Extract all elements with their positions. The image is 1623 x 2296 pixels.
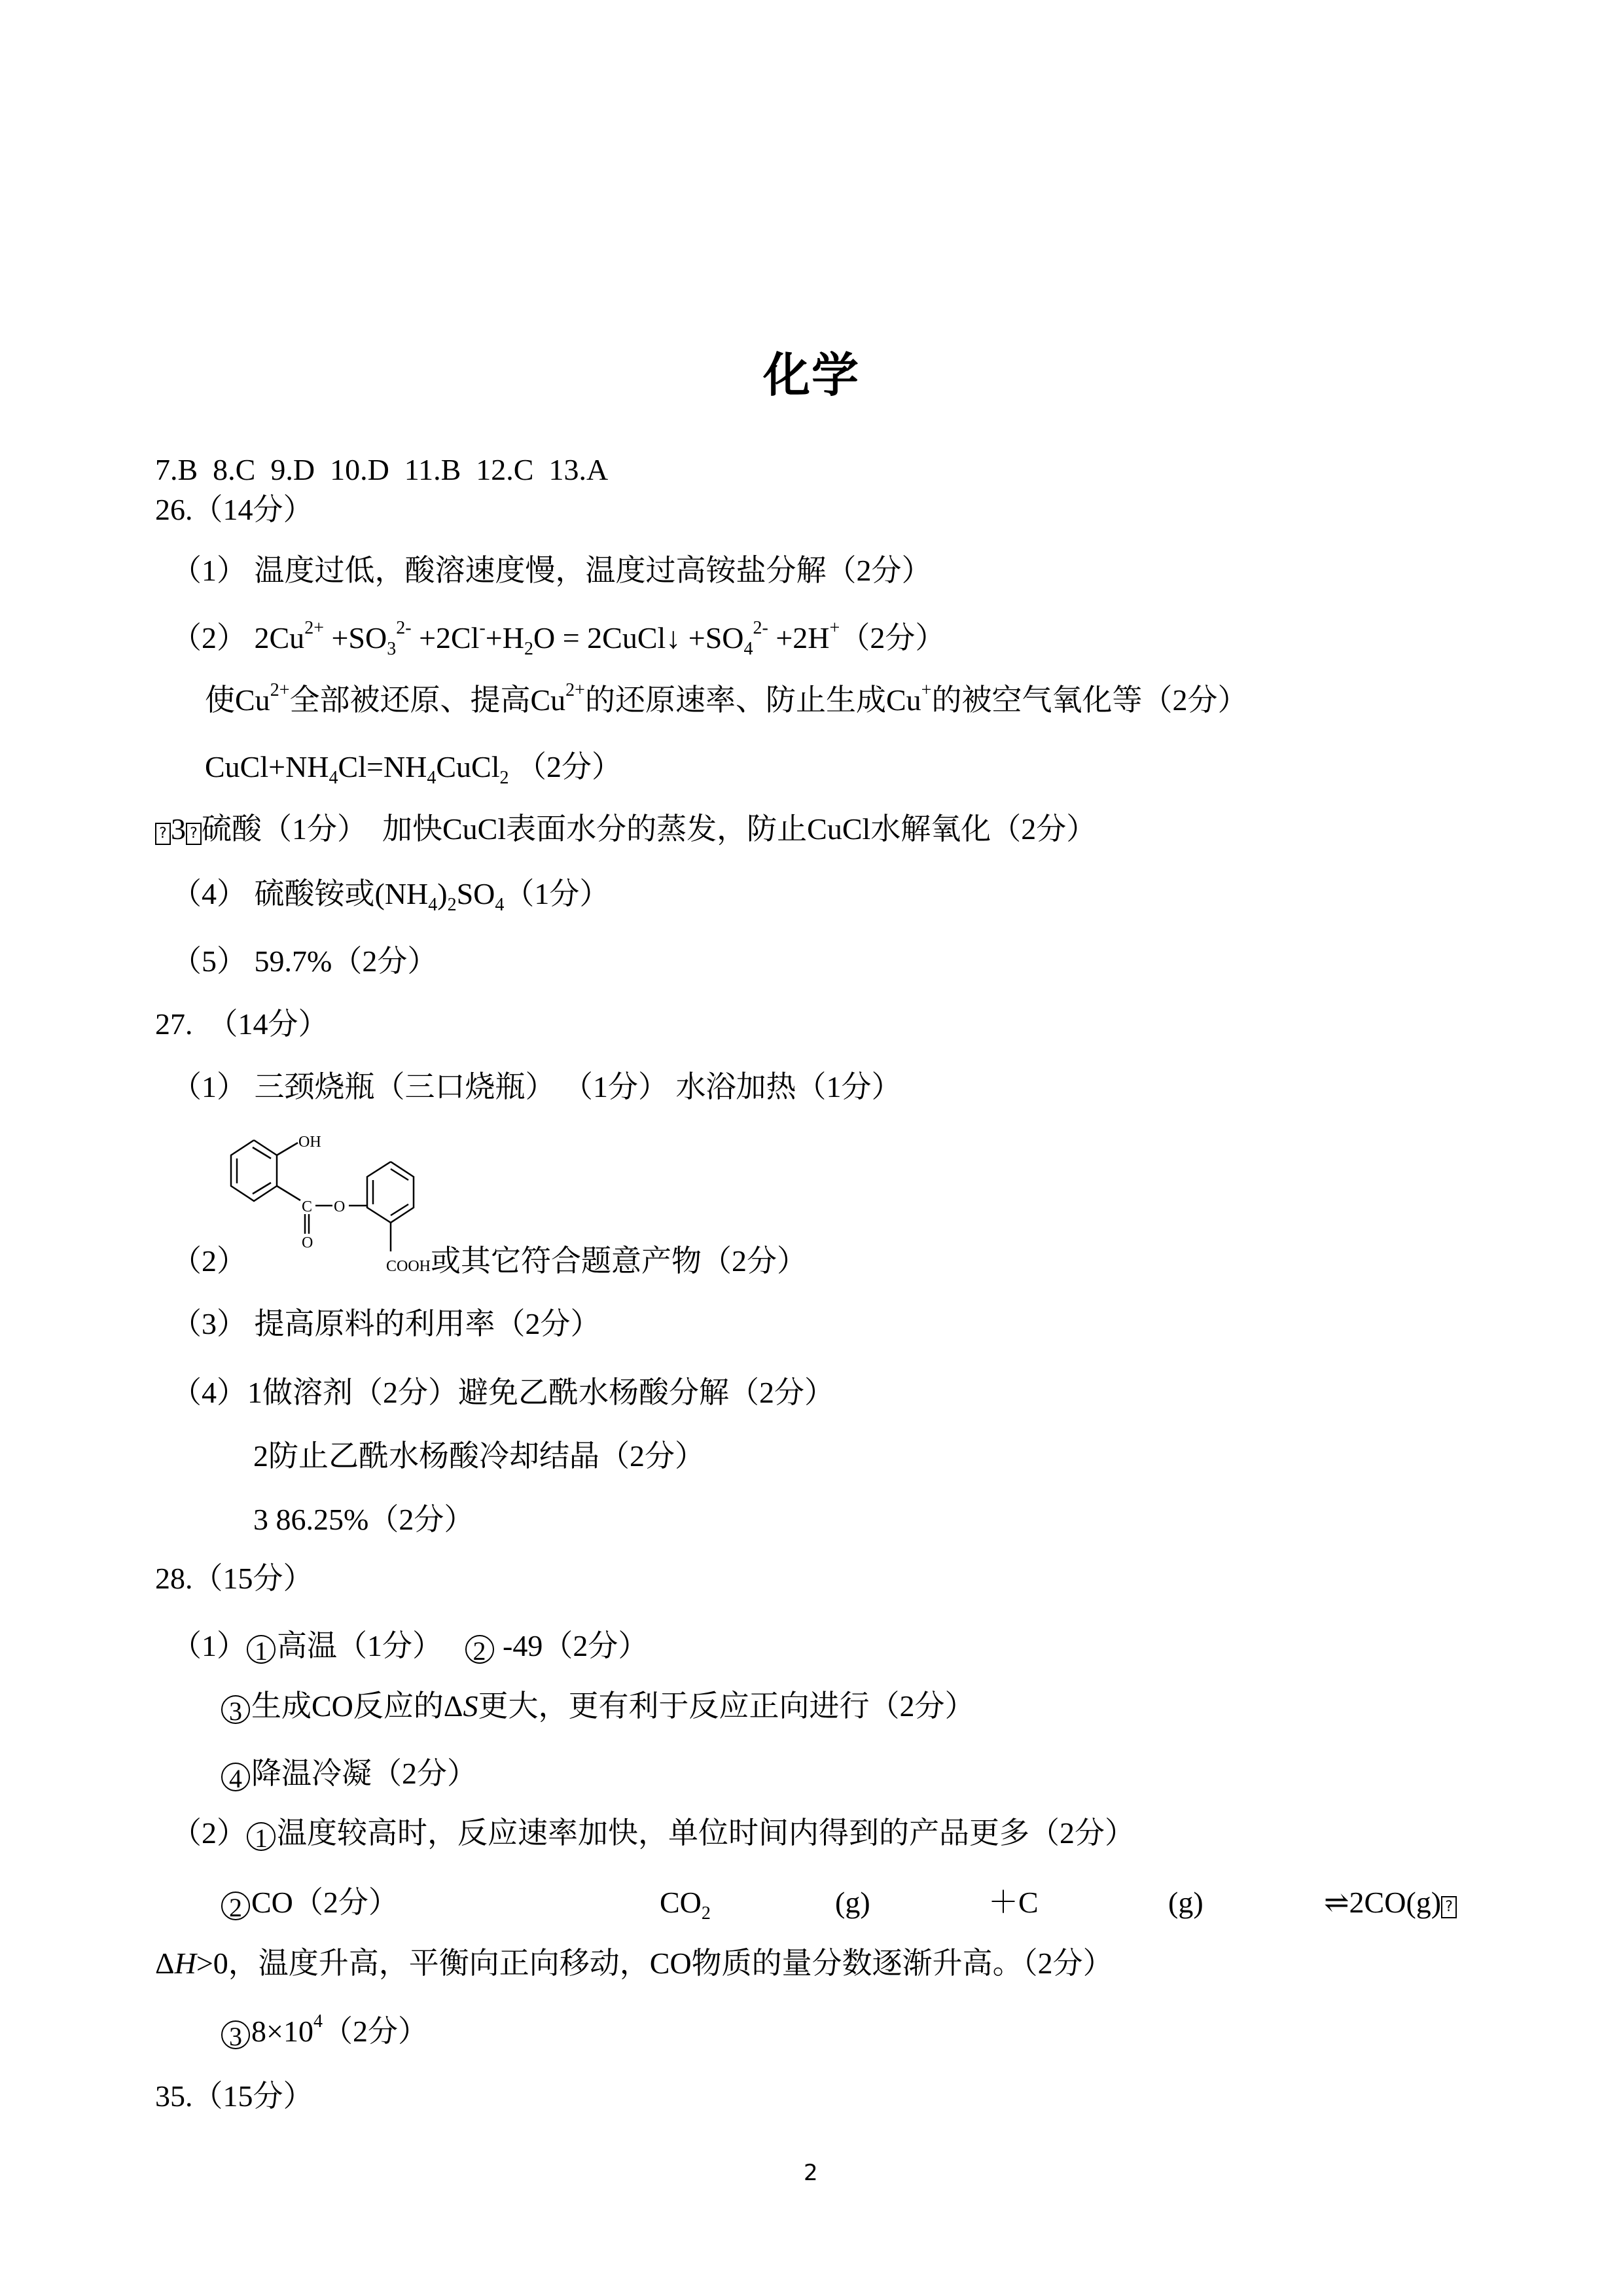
- part-label: （1）: [171, 1629, 247, 1662]
- mc-answers: 7.B 8.C 9.D 10.D 11.B 12.C 13.A: [155, 455, 608, 485]
- text: +H: [486, 621, 524, 655]
- equation-gas-state-1: (g): [835, 1888, 870, 1918]
- text: 温度较高时，反应速率加快，单位时间内得到的产品更多（2分）: [277, 1816, 1135, 1850]
- text: CO（2分）: [251, 1886, 399, 1919]
- q26-part1: （1） 温度过低，酸溶速度慢，温度过高铵盐分解（2分）: [171, 556, 932, 586]
- q28-part2-line1: （2）1温度较高时，反应速率加快，单位时间内得到的产品更多（2分）: [171, 1818, 1135, 1851]
- circled-number-2: 2: [465, 1635, 494, 1664]
- q26-part2-reason: 使Cu2+全部被还原、提高Cu2+的还原速率、防止生成Cu+的被空气氧化等（2分…: [205, 685, 1247, 715]
- subscript: 2: [448, 895, 457, 915]
- text: >0，温度升高，平衡向正向移动，CO物质的量分数逐渐升高。（2分）: [196, 1946, 1113, 1980]
- q27-part1: （1） 三颈烧瓶（三口烧瓶） （1分） 水浴加热（1分）: [171, 1072, 902, 1102]
- text: （2分）: [323, 2015, 428, 2048]
- q28-part2-line2: 2CO（2分）: [221, 1888, 399, 1920]
- ester-oxygen-label: O: [334, 1198, 345, 1215]
- cooh-label: COOH: [386, 1258, 431, 1275]
- q27-part4-line3: 3 86.25%（2分）: [253, 1505, 474, 1535]
- text: Cl=NH: [338, 750, 427, 783]
- delta-symbol: Δ: [155, 1946, 175, 1980]
- charge: 2-: [753, 618, 768, 638]
- q27-part2-label: （2）: [171, 1246, 247, 1276]
- text: 全部被还原、提高Cu: [289, 683, 565, 717]
- equation-co2: CO2: [660, 1888, 711, 1918]
- subscript: 4: [428, 895, 437, 915]
- q26-part2-equation2: CuCl+NH4Cl=NH4CuCl2 （2分）: [205, 752, 622, 782]
- equation-gas-state-2: (g): [1168, 1888, 1204, 1918]
- text: +2H: [768, 621, 830, 655]
- text: CuCl+NH: [205, 750, 329, 783]
- q27-part4-line2: 2防止乙酰水杨酸冷却结晶（2分）: [253, 1441, 705, 1471]
- q27-part4-line1: 1做溶剂（2分）避免乙酰水杨酸分解（2分）: [247, 1378, 834, 1408]
- page-title: 化学: [0, 346, 1623, 404]
- subscript: 2: [500, 768, 509, 788]
- text: ): [437, 877, 447, 910]
- text: ⇌2CO(g): [1324, 1886, 1441, 1919]
- charge: 2-: [396, 618, 411, 638]
- text: 高温（1分）: [277, 1629, 465, 1662]
- q27-part2-answer: COOH或其它符合题意产物（2分）: [386, 1246, 807, 1276]
- q26-part4: （4） 硫酸铵或(NH4)2SO4（1分）: [171, 879, 609, 909]
- score: （2分）: [840, 621, 945, 655]
- q27-header: 27. （14分）: [155, 1009, 329, 1039]
- part-label: （2）: [171, 1816, 247, 1850]
- q28-header: 28.（15分）: [155, 1564, 313, 1594]
- missing-glyph-icon: ?: [186, 823, 202, 845]
- circled-number-1: 1: [247, 1822, 276, 1851]
- carbonyl-oxygen-label: O: [302, 1234, 313, 1251]
- charge: 2+: [565, 680, 585, 700]
- q28-part2-line3: ΔH>0，温度升高，平衡向正向移动，CO物质的量分数逐渐升高。（2分）: [155, 1948, 1113, 1979]
- missing-glyph-icon: ?: [155, 823, 171, 845]
- q26-part5: （5） 59.7%（2分）: [171, 946, 437, 977]
- text: （4） 硫酸铵或(NH: [171, 877, 428, 910]
- q28-part1-line1: （1）1高温（1分） 2 -49（2分）: [171, 1631, 648, 1664]
- carbon-label: C: [302, 1198, 312, 1215]
- charge: +: [921, 680, 932, 700]
- text: 硫酸（1分） 加快CuCl表面水分的蒸发，防止CuCl水解氧化（2分）: [202, 812, 1096, 846]
- subscript: 4: [329, 768, 338, 788]
- text: 生成CO反应的Δ: [251, 1689, 463, 1723]
- entropy-symbol: S: [463, 1689, 478, 1723]
- subscript: 4: [495, 895, 504, 915]
- text: 降温冷凝（2分）: [251, 1757, 477, 1790]
- page-number: 2: [804, 2160, 818, 2186]
- q28-part1-line3: 4降温冷凝（2分）: [221, 1759, 477, 1791]
- text: 的还原速率、防止生成Cu: [585, 683, 921, 717]
- equation-plus-carbon: ＋C: [988, 1888, 1039, 1918]
- q35-header: 35.（15分）: [155, 2081, 313, 2111]
- charge: +: [830, 618, 840, 638]
- q27-part3: （3） 提高原料的利用率（2分）: [171, 1309, 601, 1339]
- q26-part2-equation: （2） 2Cu2+ +SO32- +2Cl-+H2O = 2CuCl↓ +SO4…: [171, 623, 945, 653]
- missing-glyph-icon: ?: [1441, 1896, 1457, 1918]
- text: CuCl: [436, 750, 499, 783]
- text: （2分）: [509, 750, 622, 783]
- text: 8×10: [251, 2015, 313, 2048]
- text: -49（2分）: [495, 1629, 649, 1662]
- text: 或其它符合题意产物（2分）: [431, 1244, 807, 1278]
- exponent: 4: [313, 2011, 323, 2032]
- q28-part2-line4: 38×104（2分）: [221, 2017, 428, 2049]
- part-number: 3: [171, 812, 186, 846]
- text: （2） 2Cu: [171, 621, 304, 655]
- circled-number-1: 1: [247, 1635, 276, 1664]
- text: （1分）: [504, 877, 609, 910]
- subscript: 3: [387, 639, 396, 659]
- text: CO: [660, 1886, 702, 1919]
- q26-header: 26.（14分）: [155, 495, 313, 525]
- subscript: 2: [524, 639, 533, 659]
- text: 更大，更有利于反应正向进行（2分）: [478, 1689, 974, 1723]
- text: +2Cl: [412, 621, 480, 655]
- charge: -: [479, 618, 485, 638]
- q27-part4-label: （4）: [171, 1378, 247, 1408]
- charge: 2+: [304, 618, 324, 638]
- subscript: 4: [427, 768, 436, 788]
- charge: 2+: [270, 680, 290, 700]
- circled-number-4: 4: [221, 1763, 250, 1791]
- document-page: 化学 7.B 8.C 9.D 10.D 11.B 12.C 13.A 26.（1…: [0, 0, 1623, 2296]
- subscript: 2: [702, 1903, 711, 1924]
- circled-number-2: 2: [221, 1892, 250, 1920]
- subscript: 4: [744, 639, 753, 659]
- text: +SO: [324, 621, 387, 655]
- q28-part1-line2: 3生成CO反应的ΔS更大，更有利于反应正向进行（2分）: [221, 1691, 974, 1724]
- circled-number-3: 3: [221, 2020, 250, 2049]
- equation-product: ⇌2CO(g)?: [1324, 1888, 1457, 1918]
- circled-number-3: 3: [221, 1695, 250, 1724]
- text: O = 2CuCl↓ +SO: [533, 621, 744, 655]
- text: 使Cu: [205, 683, 270, 717]
- oh-label: OH: [298, 1134, 321, 1151]
- text: 的被空气氧化等（2分）: [931, 683, 1247, 717]
- q26-part3: ?3?硫酸（1分） 加快CuCl表面水分的蒸发，防止CuCl水解氧化（2分）: [155, 814, 1096, 845]
- text: SO: [457, 877, 495, 910]
- enthalpy-symbol: H: [175, 1946, 196, 1980]
